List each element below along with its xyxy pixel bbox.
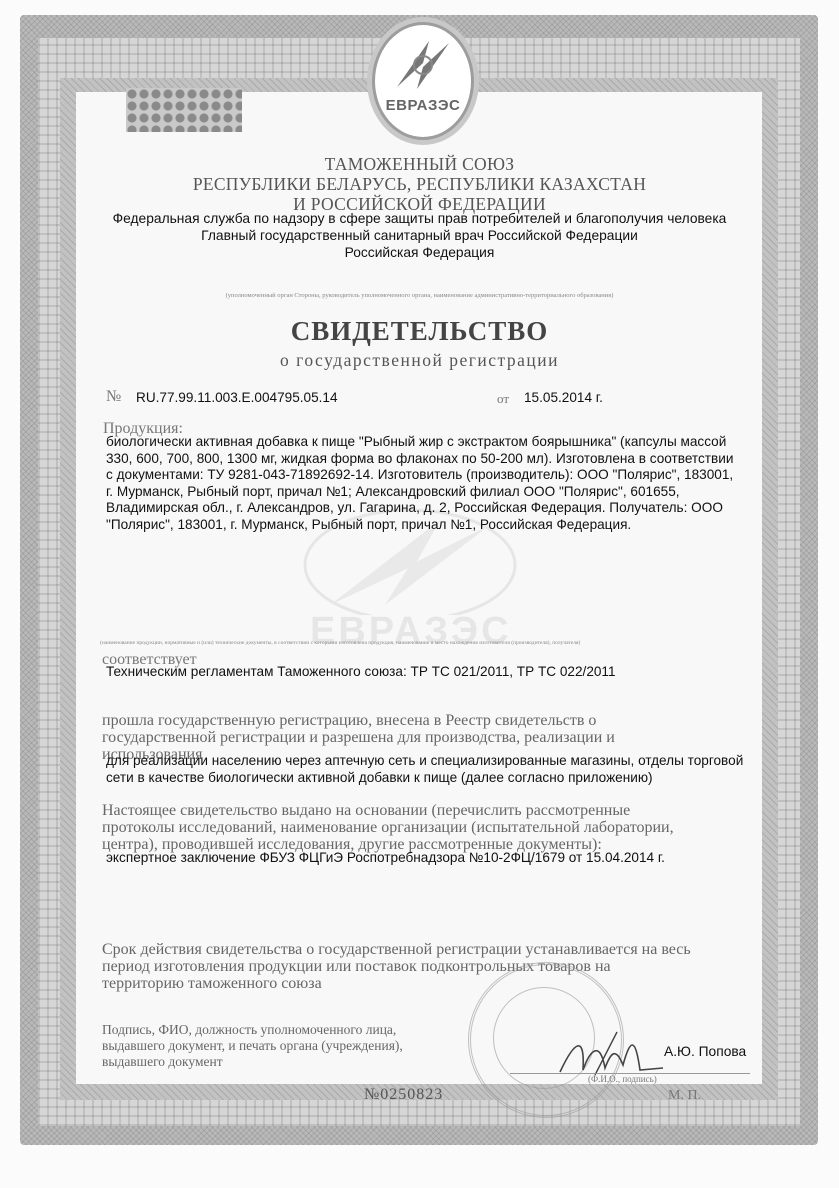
union-line-2: РЕСПУБЛИКИ БЕЛАРУСЬ, РЕСПУБЛИКИ КАЗАХСТА… <box>0 174 839 194</box>
usage-line: сети в качестве биологически активной до… <box>106 770 781 787</box>
basis-line: Настоящее свидетельство выдано на основа… <box>102 802 767 819</box>
status-line: прошла государственную регистрацию, внес… <box>102 712 767 729</box>
watermark-label: ЕВРАЗЭС <box>310 610 512 653</box>
document-title: СВИДЕТЕЛЬСТВО <box>0 316 839 347</box>
union-line-1: ТАМОЖЕННЫЙ СОЮЗ <box>0 154 839 174</box>
number-label: № <box>106 388 121 406</box>
product-line: "Полярис", 183001, г. Мурманск, Рыбный п… <box>106 517 771 534</box>
agency-line-2: Главный государственный санитарный врач … <box>0 227 839 244</box>
product-caption: (наименование продукции, нормативные и (… <box>100 640 770 646</box>
registration-date: 15.05.2014 г. <box>524 390 603 407</box>
date-label: от <box>497 391 509 407</box>
agency-line-1: Федеральная служба по надзору в сфере за… <box>0 210 839 227</box>
signature-caption: Подпись, ФИО, должность уполномоченного … <box>102 1022 457 1070</box>
basis-text: Настоящее свидетельство выдано на основа… <box>102 802 767 853</box>
signer-name: А.Ю. Попова <box>664 1044 746 1059</box>
document-subtitle: о государственной регистрации <box>0 350 839 371</box>
product-line: биологически активная добавка к пище "Ры… <box>106 434 771 451</box>
product-line: 330, 600, 700, 800, 1300 мг, жидкая форм… <box>106 451 771 468</box>
usage-scope: для реализации населению через аптечную … <box>106 753 781 786</box>
eurasec-emblem: ЕВРАЗЭС <box>372 22 474 140</box>
caption-line: выдавшего документ, и печать органа (учр… <box>102 1038 457 1054</box>
form-number: №0250823 <box>364 1086 443 1104</box>
customs-union-heading: ТАМОЖЕННЫЙ СОЮЗ РЕСПУБЛИКИ БЕЛАРУСЬ, РЕС… <box>0 154 839 214</box>
validity-line: Срок действия свидетельства о государств… <box>102 941 767 958</box>
caption-line: Подпись, ФИО, должность уполномоченного … <box>102 1022 457 1038</box>
product-line: с документами: ТУ 9281-043-71892692-14. … <box>106 467 771 484</box>
eurasec-logo-icon <box>389 35 457 95</box>
validity-line: период изготовления продукции или постав… <box>102 958 767 975</box>
product-line: Владимирская обл., г. Александров, ул. Г… <box>106 500 771 517</box>
emblem-label: ЕВРАЗЭС <box>375 97 471 114</box>
authority-caption: (уполномоченный орган Стороны, руководит… <box>0 292 839 299</box>
seal-place-label: М. П. <box>668 1088 701 1104</box>
agency-line-3: Российская Федерация <box>0 244 839 261</box>
registration-number: RU.77.99.11.003.E.004795.05.14 <box>136 390 338 407</box>
product-line: г. Мурманск, Рыбный порт, причал №1; Але… <box>106 484 771 501</box>
caption-line: выдавшего документ <box>102 1054 457 1070</box>
status-line: государственной регистрации и разрешена … <box>102 729 767 746</box>
basis-line: протоколы исследований, наименование орг… <box>102 819 767 836</box>
validity-text: Срок действия свидетельства о государств… <box>102 941 767 992</box>
validity-line: территорию таможенного союза <box>102 975 767 992</box>
agency-heading: Федеральная служба по надзору в сфере за… <box>0 210 839 261</box>
conformity-value: Техническим регламентам Таможенного союз… <box>106 664 616 681</box>
fio-caption: (Ф.И.О., подпись) <box>588 1074 657 1084</box>
expert-conclusion: экспертное заключение ФБУЗ ФЦГиЭ Роспотр… <box>106 850 665 867</box>
hologram-sticker <box>126 88 242 132</box>
usage-line: для реализации населению через аптечную … <box>106 753 781 770</box>
product-description: биологически активная добавка к пище "Ры… <box>106 434 771 533</box>
